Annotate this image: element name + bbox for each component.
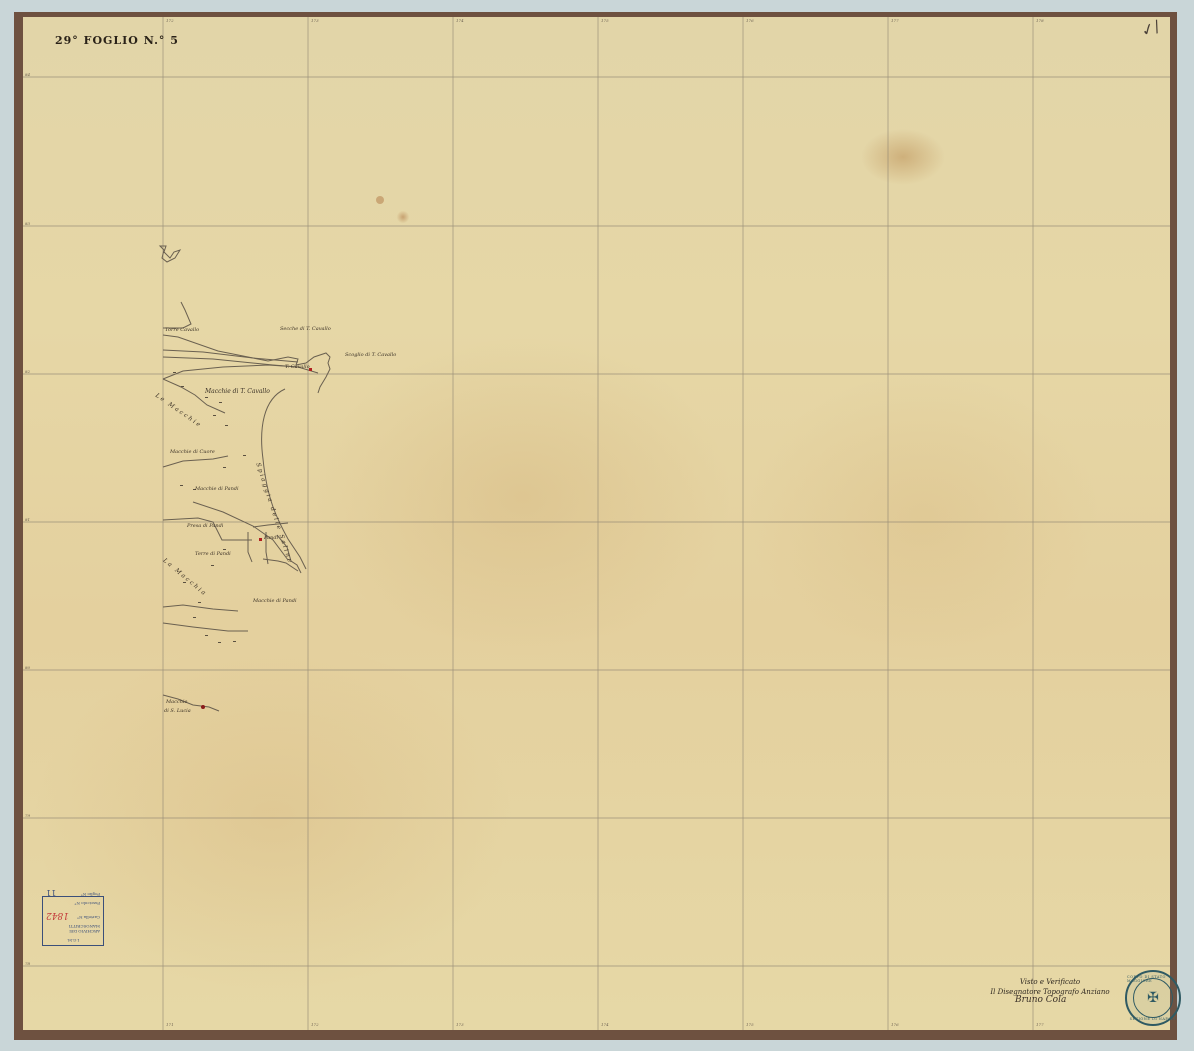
stamp-row: Fascicolo N° xyxy=(43,899,103,908)
tick-left: 78 xyxy=(25,961,30,966)
seal-top-text: CORPO DI STATO MAGGIORE xyxy=(1127,975,1179,983)
archive-stamp: I.G.M. ARCHIVIO DEI MANOSCRITTI Cartella… xyxy=(42,896,104,946)
tick-top: 178 xyxy=(1036,18,1044,23)
seal-emblem-icon: ✠ xyxy=(1133,978,1173,1018)
tick-top: 172 xyxy=(166,18,174,23)
tick-left: 83 xyxy=(25,221,30,226)
tick-bottom: 177 xyxy=(1036,1022,1044,1027)
tick-bottom: 174 xyxy=(601,1022,609,1027)
tick-top: 175 xyxy=(601,18,609,23)
verification-line1: Visto e Verificato xyxy=(990,977,1110,987)
tick-left: 82 xyxy=(25,369,30,374)
tick-left: 80 xyxy=(25,665,30,670)
stamp-line3: Fascicolo N° xyxy=(74,901,100,906)
label-macchie-s-lucia-1: Macchie xyxy=(166,699,187,705)
stamp-header: I.G.M. xyxy=(43,936,103,945)
pandi-marker xyxy=(259,538,262,541)
label-terre-pandi: Terre di Pandi xyxy=(195,551,231,557)
tick-left: 81 xyxy=(25,517,30,522)
label-pandi: Pandi xyxy=(264,535,278,541)
label-torre-cavallo: Torre Cavallo xyxy=(165,327,199,333)
tick-top: 176 xyxy=(746,18,754,23)
label-t-cavallo: T. Cavallo xyxy=(285,364,310,370)
tick-top: 174 xyxy=(456,18,464,23)
tick-bottom: 176 xyxy=(891,1022,899,1027)
sheet-title: 29° FOGLIO N.° 5 xyxy=(55,34,179,47)
stamp-row: Foglio N° 11 xyxy=(43,886,103,899)
stamp-line2: Cartella N° xyxy=(77,910,100,920)
official-seal: CORPO DI STATO MAGGIORE ✠ SEZIONE DI NAP… xyxy=(1125,970,1181,1026)
label-presa-pandi: Presa di Pandi xyxy=(187,523,223,529)
tick-bottom: 175 xyxy=(746,1022,754,1027)
label-macchie-pandi-2: Macchie di Pandi xyxy=(253,598,297,604)
map-sheet: 29° FOGLIO N.° 5 ✓/ 172 173 174 175 176 … xyxy=(23,17,1170,1030)
tick-bottom: 171 xyxy=(166,1022,174,1027)
s-lucia-marker xyxy=(201,705,205,709)
tick-bottom: 173 xyxy=(456,1022,464,1027)
label-scoglio: Scoglio di T. Cavallo xyxy=(345,352,396,358)
tick-top: 173 xyxy=(311,18,319,23)
signature: Bruno Cola xyxy=(1015,995,1066,1005)
tick-left: 84 xyxy=(25,72,30,77)
stamp-row: Cartella N° 1842 xyxy=(43,908,103,922)
label-secche: Secche di T. Cavallo xyxy=(280,326,331,332)
coastline xyxy=(160,246,330,711)
stamp-red-number: 1842 xyxy=(46,910,69,920)
label-macchie-pandi-1: Macchie di Pandi xyxy=(195,486,239,492)
tick-top: 177 xyxy=(891,18,899,23)
label-macchie-t-cavallo: Macchie di T. Cavallo xyxy=(205,388,270,395)
seal-bottom-text: SEZIONE DI NAPOLI xyxy=(1130,1017,1177,1021)
tick-bottom: 172 xyxy=(311,1022,319,1027)
stamp-line1: ARCHIVIO DEI MANOSCRITTI xyxy=(43,922,103,936)
stamp-line4: Foglio N° xyxy=(81,888,100,897)
verification-block: Visto e Verificato Il Disegnatore Topogr… xyxy=(990,977,1110,997)
label-macchie-s-lucia-2: di S. Lucia xyxy=(164,708,191,714)
stamp-number: 11 xyxy=(46,888,56,897)
tick-left: 79 xyxy=(25,813,30,818)
label-macchie-cuore: Macchie di Cuore xyxy=(170,449,215,455)
